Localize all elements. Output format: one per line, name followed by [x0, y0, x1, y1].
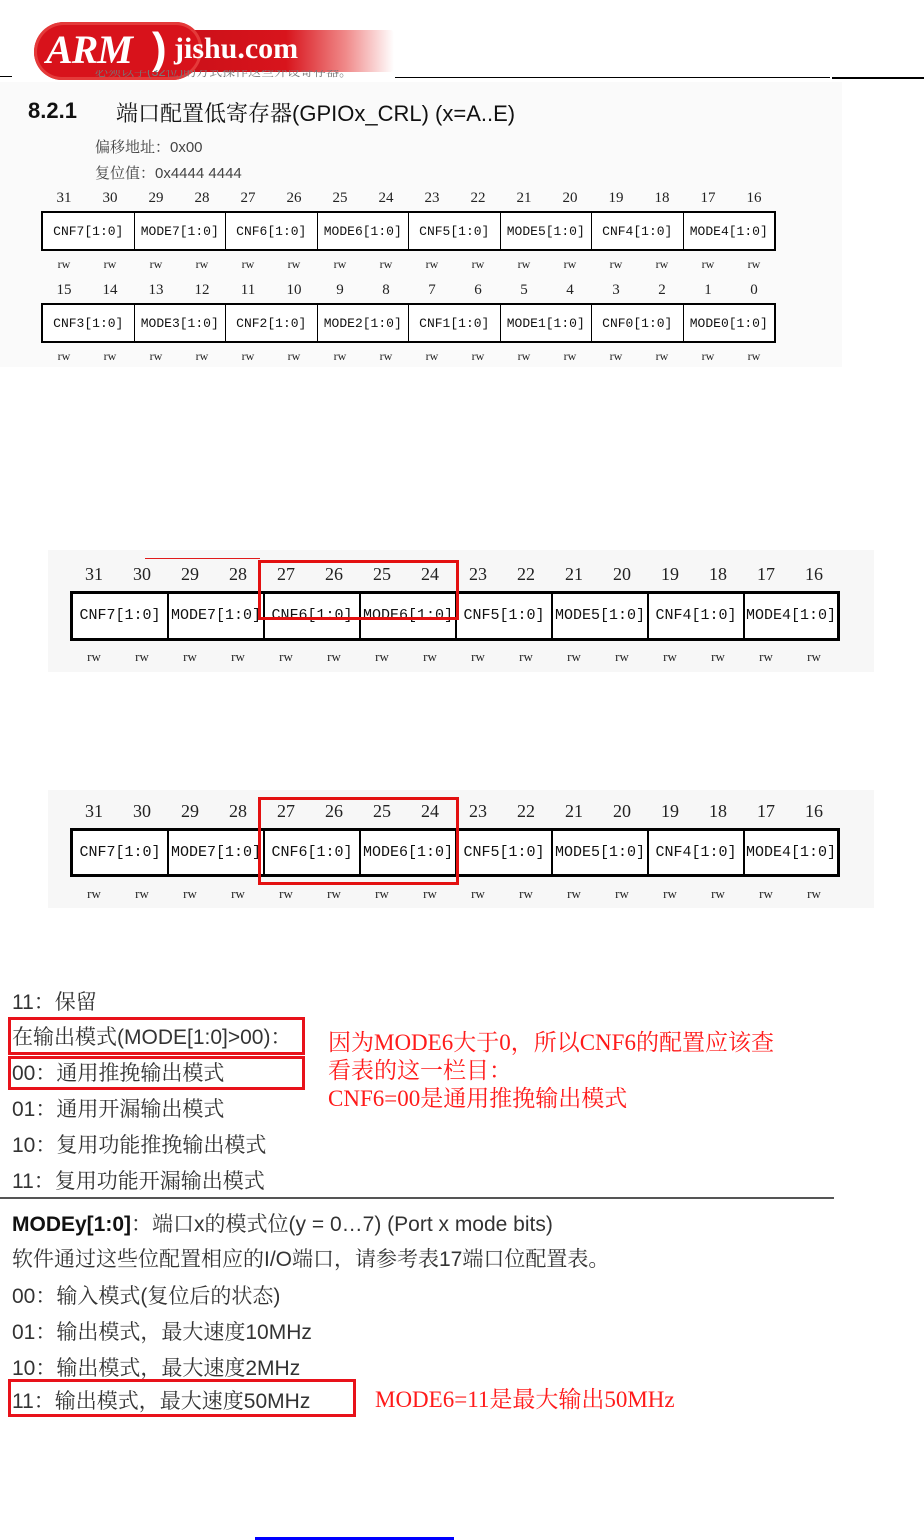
logo-site-text: jishu.com: [174, 32, 298, 66]
logo-paren: ): [152, 24, 167, 74]
bit-number: 16: [731, 190, 777, 207]
bit-number: 19: [646, 801, 694, 822]
section-number: 8.2.1: [28, 98, 77, 124]
bit-number: 9: [317, 282, 363, 299]
access-type: rw: [41, 257, 87, 272]
access-type: rw: [262, 886, 310, 902]
reset-value: 复位值：0x4444 4444: [95, 162, 242, 183]
bit-number: 20: [598, 564, 646, 585]
cnf-line-10: 10：复用功能推挽输出模式: [12, 1129, 266, 1159]
access-type: rw: [166, 649, 214, 665]
highlight-box-cnf6-mode6: [258, 797, 459, 885]
field-cell: CNF2[1:0]: [226, 305, 318, 341]
access-type: rw: [406, 886, 454, 902]
header-rule: [395, 77, 830, 78]
field-cell: MODE0[1:0]: [684, 305, 775, 341]
bit-number: 16: [790, 801, 838, 822]
bit-number: 4: [547, 282, 593, 299]
field-cell: CNF4[1:0]: [649, 594, 745, 638]
bit-number: 2: [639, 282, 685, 299]
access-type: rw: [502, 649, 550, 665]
access-row-high: rw rw rw rw rw rw rw rw rw rw rw rw rw r…: [41, 257, 777, 272]
mode-line-intro: 软件通过这些位配置相应的I/O端口，请参考表17端口位配置表。: [12, 1243, 609, 1273]
access-type: rw: [271, 349, 317, 364]
bit-number: 3: [593, 282, 639, 299]
access-type: rw: [598, 886, 646, 902]
highlight-box-cnf6-mode6: [258, 560, 459, 620]
access-type: rw: [41, 349, 87, 364]
bit-number: 20: [598, 801, 646, 822]
access-type: rw: [547, 257, 593, 272]
access-type: rw: [133, 257, 179, 272]
highlight-box-mode-11: [8, 1379, 356, 1417]
register-map-gpiox-crl: 31 30 29 28 27 26 25 24 23 22 21 20 19 1…: [41, 188, 776, 368]
header-rule-left: [0, 76, 12, 77]
field-cell: CNF5[1:0]: [457, 831, 553, 874]
bit-number: 12: [179, 282, 225, 299]
access-type: rw: [87, 257, 133, 272]
mode-line-01: 01：输出模式，最大速度10MHz: [12, 1316, 312, 1346]
bit-number: 15: [41, 282, 87, 299]
bit-number: 6: [455, 282, 501, 299]
bit-number: 31: [70, 801, 118, 822]
field-cell: MODE3[1:0]: [135, 305, 227, 341]
access-type: rw: [363, 257, 409, 272]
field-cell: CNF5[1:0]: [457, 594, 553, 638]
bit-number: 19: [593, 190, 639, 207]
mode-heading-name: MODEy[1:0]: [12, 1213, 131, 1236]
bit-numbers-low: 15 14 13 12 11 10 9 8 7 6 5 4 3 2 1 0: [41, 282, 777, 299]
field-cell: CNF4[1:0]: [649, 831, 745, 874]
access-type: rw: [501, 349, 547, 364]
bit-number: 29: [166, 801, 214, 822]
bit-number: 22: [455, 190, 501, 207]
logo-brand-text: ARM: [46, 26, 132, 73]
bit-number: 14: [87, 282, 133, 299]
cnf-line-reserved: 11：保留: [12, 986, 97, 1016]
field-cell: CNF5[1:0]: [409, 213, 501, 249]
access-type: rw: [118, 886, 166, 902]
offset-address: 偏移地址：0x00: [95, 136, 203, 157]
bit-number: 1: [685, 282, 731, 299]
access-type: rw: [550, 649, 598, 665]
access-type: rw: [409, 349, 455, 364]
access-type: rw: [593, 349, 639, 364]
access-type: rw: [790, 649, 838, 665]
bit-number: 17: [742, 564, 790, 585]
access-type: rw: [225, 257, 271, 272]
field-cell: MODE5[1:0]: [553, 594, 649, 638]
bit-number: 22: [502, 801, 550, 822]
annotation-mode6: MODE6=11是最大输出50MHz: [375, 1381, 675, 1414]
access-type: rw: [547, 349, 593, 364]
field-cell: MODE1[1:0]: [501, 305, 593, 341]
cnf-line-11: 11：复用功能开漏输出模式: [12, 1165, 265, 1195]
bit-numbers-high: 31 30 29 28 27 26 25 24 23 22 21 20 19 1…: [41, 190, 777, 207]
bit-number: 18: [694, 801, 742, 822]
access-type: rw: [742, 649, 790, 665]
access-row: rw rw rw rw rw rw rw rw rw rw rw rw rw r…: [70, 649, 838, 665]
bit-number: 20: [547, 190, 593, 207]
access-type: rw: [70, 649, 118, 665]
bit-number: 7: [409, 282, 455, 299]
field-cell: MODE7[1:0]: [169, 594, 265, 638]
field-cell: CNF7[1:0]: [43, 213, 135, 249]
bit-number: 18: [694, 564, 742, 585]
access-type: rw: [358, 649, 406, 665]
access-type: rw: [225, 349, 271, 364]
mode-heading-text: ：端口x的模式位(y = 0…7) (Port x mode bits): [131, 1213, 553, 1236]
bit-number: 31: [70, 564, 118, 585]
access-type: rw: [685, 257, 731, 272]
access-type: rw: [310, 886, 358, 902]
access-type: rw: [731, 349, 777, 364]
access-type: rw: [310, 649, 358, 665]
header-rule-right: [832, 77, 924, 79]
access-type: rw: [179, 349, 225, 364]
bit-number: 28: [179, 190, 225, 207]
access-type: rw: [502, 886, 550, 902]
access-type: rw: [214, 886, 262, 902]
access-row-low: rw rw rw rw rw rw rw rw rw rw rw rw rw r…: [41, 349, 777, 364]
bit-number: 16: [790, 564, 838, 585]
bit-number: 30: [118, 564, 166, 585]
access-type: rw: [87, 349, 133, 364]
access-type: rw: [317, 257, 363, 272]
bit-number: 28: [214, 564, 262, 585]
access-type: rw: [262, 649, 310, 665]
bit-number: 22: [502, 564, 550, 585]
bit-number: 30: [87, 190, 133, 207]
field-cell: CNF1[1:0]: [409, 305, 501, 341]
access-type: rw: [694, 886, 742, 902]
bit-number: 23: [454, 801, 502, 822]
access-type: rw: [731, 257, 777, 272]
annotation-note-line-3: CNF6=00是通用推挽输出模式: [328, 1080, 627, 1113]
bit-number: 31: [41, 190, 87, 207]
access-type: rw: [790, 886, 838, 902]
field-cell: CNF7[1:0]: [73, 831, 169, 874]
bit-number: 5: [501, 282, 547, 299]
access-type: rw: [406, 649, 454, 665]
field-cell: CNF3[1:0]: [43, 305, 135, 341]
access-type: rw: [550, 886, 598, 902]
field-cell: MODE5[1:0]: [501, 213, 593, 249]
bit-number: 10: [271, 282, 317, 299]
access-type: rw: [214, 649, 262, 665]
access-type: rw: [694, 649, 742, 665]
bit-number: 13: [133, 282, 179, 299]
access-type: rw: [358, 886, 406, 902]
bit-number: 21: [550, 564, 598, 585]
bit-number: 17: [685, 190, 731, 207]
bit-number: 25: [317, 190, 363, 207]
bit-number: 11: [225, 282, 271, 299]
access-type: rw: [454, 886, 502, 902]
field-cell: CNF4[1:0]: [592, 213, 684, 249]
access-type: rw: [501, 257, 547, 272]
field-cell: CNF0[1:0]: [592, 305, 684, 341]
access-type: rw: [454, 649, 502, 665]
access-type: rw: [179, 257, 225, 272]
access-type: rw: [639, 349, 685, 364]
access-type: rw: [639, 257, 685, 272]
divider-rule: [0, 1197, 834, 1199]
access-type: rw: [118, 649, 166, 665]
field-cell: MODE4[1:0]: [684, 213, 775, 249]
section-title: 端口配置低寄存器(GPIOx_CRL) (x=A..E): [116, 97, 515, 128]
access-row: rw rw rw rw rw rw rw rw rw rw rw rw rw r…: [70, 886, 838, 902]
access-type: rw: [133, 349, 179, 364]
access-type: rw: [685, 349, 731, 364]
bit-number: 23: [454, 564, 502, 585]
access-type: rw: [742, 886, 790, 902]
mode-line-00: 00：输入模式(复位后的状态): [12, 1280, 280, 1310]
red-rule-fragment: [145, 558, 260, 559]
bit-number: 29: [166, 564, 214, 585]
field-cell: CNF7[1:0]: [73, 594, 169, 638]
field-cell: MODE5[1:0]: [553, 831, 649, 874]
bit-number: 17: [742, 801, 790, 822]
access-type: rw: [455, 349, 501, 364]
field-cell: MODE7[1:0]: [169, 831, 265, 874]
access-type: rw: [598, 649, 646, 665]
register-fields-low: CNF3[1:0] MODE3[1:0] CNF2[1:0] MODE2[1:0…: [41, 303, 776, 343]
mode-line-10: 10：输出模式，最大速度2MHz: [12, 1352, 300, 1382]
bit-number: 26: [271, 190, 317, 207]
bit-number: 23: [409, 190, 455, 207]
bit-number: 24: [363, 190, 409, 207]
bit-number: 18: [639, 190, 685, 207]
access-type: rw: [646, 649, 694, 665]
field-cell: CNF6[1:0]: [226, 213, 318, 249]
highlight-box-cnf-00: [8, 1056, 305, 1090]
access-type: rw: [409, 257, 455, 272]
clipped-previous-text: 必须以字(32位)的方式操作这些外设寄存器。: [95, 70, 352, 79]
highlight-box-output-mode: [8, 1017, 305, 1055]
field-cell: MODE7[1:0]: [135, 213, 227, 249]
access-type: rw: [593, 257, 639, 272]
bit-number: 0: [731, 282, 777, 299]
mode-heading: MODEy[1:0]：端口x的模式位(y = 0…7) (Port x mode…: [12, 1208, 553, 1238]
bit-number: 8: [363, 282, 409, 299]
field-cell: MODE2[1:0]: [318, 305, 410, 341]
bit-number: 19: [646, 564, 694, 585]
bit-number: 29: [133, 190, 179, 207]
cnf-line-01: 01：通用开漏输出模式: [12, 1093, 224, 1123]
access-type: rw: [166, 886, 214, 902]
access-type: rw: [70, 886, 118, 902]
bit-number: 28: [214, 801, 262, 822]
access-type: rw: [271, 257, 317, 272]
field-cell: MODE4[1:0]: [745, 831, 837, 874]
access-type: rw: [455, 257, 501, 272]
bit-number: 30: [118, 801, 166, 822]
access-type: rw: [646, 886, 694, 902]
register-fields-high: CNF7[1:0] MODE7[1:0] CNF6[1:0] MODE6[1:0…: [41, 211, 776, 251]
field-cell: MODE4[1:0]: [745, 594, 837, 638]
bit-number: 27: [225, 190, 271, 207]
bit-number: 21: [550, 801, 598, 822]
access-type: rw: [363, 349, 409, 364]
access-type: rw: [317, 349, 363, 364]
bit-number: 21: [501, 190, 547, 207]
field-cell: MODE6[1:0]: [318, 213, 410, 249]
